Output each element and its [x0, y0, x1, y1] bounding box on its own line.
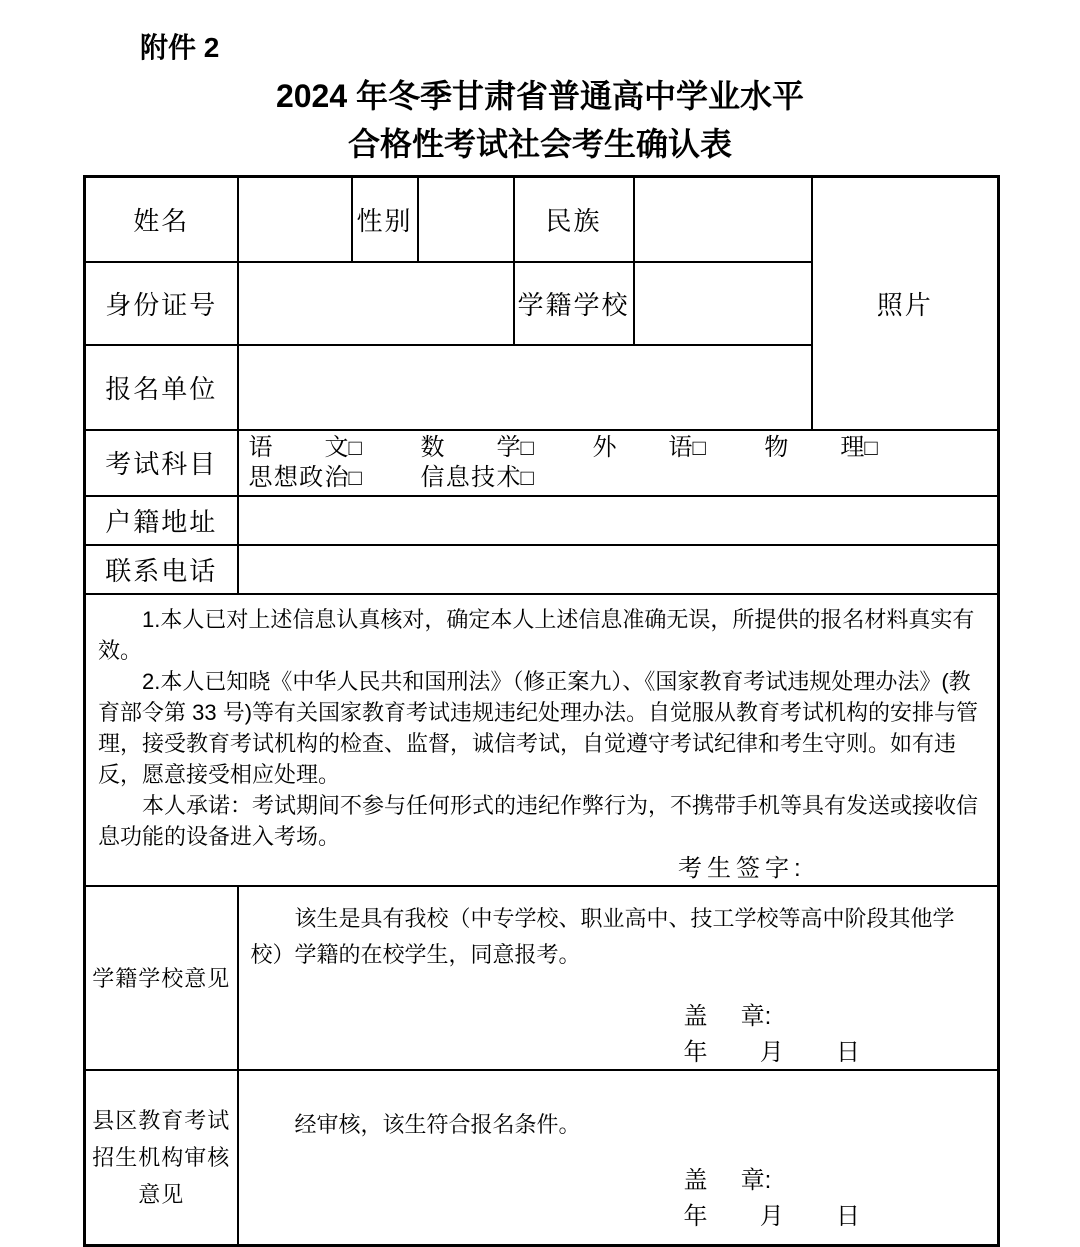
row-contact-phone: 联系电话 — [85, 545, 999, 594]
row-exam-subjects: 考试科目 语文□ 数学□ 外语□ 物理□ 思想政治□ 信息技术□ — [85, 430, 999, 496]
subject-math: 数学□ — [420, 433, 533, 463]
contact-phone-label: 联系电话 — [85, 545, 238, 594]
school-date-label: 年 月 日 — [684, 1037, 988, 1069]
county-opinion-label-line1: 县区教育考试 — [87, 1102, 236, 1139]
row-county-opinion: 县区教育考试 招生机构审核 意见 经审核，该生符合报名条件。 盖 章: 年 月 … — [85, 1070, 999, 1246]
gender-value-cell — [418, 177, 514, 262]
exam-subjects-cell: 语文□ 数学□ 外语□ 物理□ 思想政治□ 信息技术□ — [238, 430, 999, 496]
row-declaration: 1.本人已对上述信息认真核对，确定本人上述信息准确无误，所提供的报名材料真实有效… — [85, 594, 999, 886]
school-opinion-label: 学籍学校意见 — [85, 886, 238, 1070]
id-number-value-cell — [238, 262, 514, 345]
county-opinion-label-line3: 意见 — [87, 1176, 236, 1213]
name-label: 姓名 — [85, 177, 238, 262]
enrolled-school-label: 学籍学校 — [514, 262, 634, 345]
enrolled-school-value-cell — [634, 262, 812, 345]
row-school-opinion: 学籍学校意见 该生是具有我校（中专学校、职业高中、技工学校等高中阶段其他学校）学… — [85, 886, 999, 1070]
photo-box: 照片 — [812, 177, 999, 430]
county-opinion-label: 县区教育考试 招生机构审核 意见 — [85, 1070, 238, 1246]
school-seal-label: 盖 章: — [684, 1001, 988, 1033]
subject-foreign-language-checkbox: □ — [692, 435, 705, 460]
subject-it: 信息技术□ — [420, 463, 533, 493]
candidate-signature-label: 考生签字: — [678, 852, 985, 885]
subject-physics-checkbox: □ — [864, 435, 877, 460]
subject-physics: 物理□ — [764, 433, 877, 463]
confirmation-form-table: 姓名 性别 民族 照片 身份证号 学籍学校 报名单位 考试科目 语文□ 数学□ … — [83, 175, 1000, 1247]
page-title-line2: 合格性考试社会考生确认表 — [0, 120, 1080, 168]
registration-unit-label: 报名单位 — [85, 345, 238, 430]
row-name: 姓名 性别 民族 照片 — [85, 177, 999, 262]
attachment-label: 附件 2 — [140, 26, 219, 66]
registration-unit-value-cell — [238, 345, 812, 430]
declaration-para2: 2.本人已知晓《中华人民共和国刑法》（修正案九）、《国家教育考试违规处理办法》(… — [98, 666, 985, 790]
row-household-address: 户籍地址 — [85, 496, 999, 545]
subject-foreign-language: 外语□ — [592, 433, 705, 463]
county-opinion-label-line2: 招生机构审核 — [87, 1139, 236, 1176]
subject-chinese: 语文□ — [249, 433, 362, 463]
school-opinion-text: 该生是具有我校（中专学校、职业高中、技工学校等高中阶段其他学校）学籍的在校学生，… — [251, 901, 988, 973]
page-title: 2024 年冬季甘肃省普通高中学业水平 合格性考试社会考生确认表 — [0, 72, 1080, 168]
gender-label: 性别 — [352, 177, 418, 262]
subject-politics-checkbox: □ — [349, 465, 362, 490]
household-address-label: 户籍地址 — [85, 496, 238, 545]
county-seal-label: 盖 章: — [684, 1165, 988, 1197]
county-opinion-cell: 经审核，该生符合报名条件。 盖 章: 年 月 日 — [238, 1070, 999, 1246]
declaration-para3: 本人承诺：考试期间不参与任何形式的违纪作弊行为，不携带手机等具有发送或接收信息功… — [98, 790, 985, 852]
ethnicity-label: 民族 — [514, 177, 634, 262]
exam-subjects-line2: 思想政治□ 信息技术□ — [249, 463, 998, 493]
subject-politics-label: 思想政治 — [249, 463, 349, 493]
declaration-para1: 1.本人已对上述信息认真核对，确定本人上述信息准确无误，所提供的报名材料真实有效… — [98, 604, 985, 666]
subject-foreign-language-label: 外语 — [592, 433, 692, 463]
school-opinion-cell: 该生是具有我校（中专学校、职业高中、技工学校等高中阶段其他学校）学籍的在校学生，… — [238, 886, 999, 1070]
subject-math-label: 数学 — [420, 433, 520, 463]
exam-subjects-label: 考试科目 — [85, 430, 238, 496]
exam-subjects-line1: 语文□ 数学□ 外语□ 物理□ — [249, 433, 998, 463]
subject-math-checkbox: □ — [520, 435, 533, 460]
subject-it-checkbox: □ — [520, 465, 533, 490]
county-date-label: 年 月 日 — [684, 1201, 988, 1233]
county-opinion-text: 经审核，该生符合报名条件。 — [251, 1107, 988, 1143]
declaration-cell: 1.本人已对上述信息认真核对，确定本人上述信息准确无误，所提供的报名材料真实有效… — [85, 594, 999, 886]
subject-chinese-label: 语文 — [249, 433, 349, 463]
contact-phone-value-cell — [238, 545, 999, 594]
subject-chinese-checkbox: □ — [349, 435, 362, 460]
id-number-label: 身份证号 — [85, 262, 238, 345]
ethnicity-value-cell — [634, 177, 812, 262]
subject-politics: 思想政治□ — [249, 463, 362, 493]
household-address-value-cell — [238, 496, 999, 545]
name-value-cell — [238, 177, 352, 262]
subject-it-label: 信息技术 — [420, 463, 520, 493]
page-title-line1: 2024 年冬季甘肃省普通高中学业水平 — [0, 72, 1080, 120]
subject-physics-label: 物理 — [764, 433, 864, 463]
